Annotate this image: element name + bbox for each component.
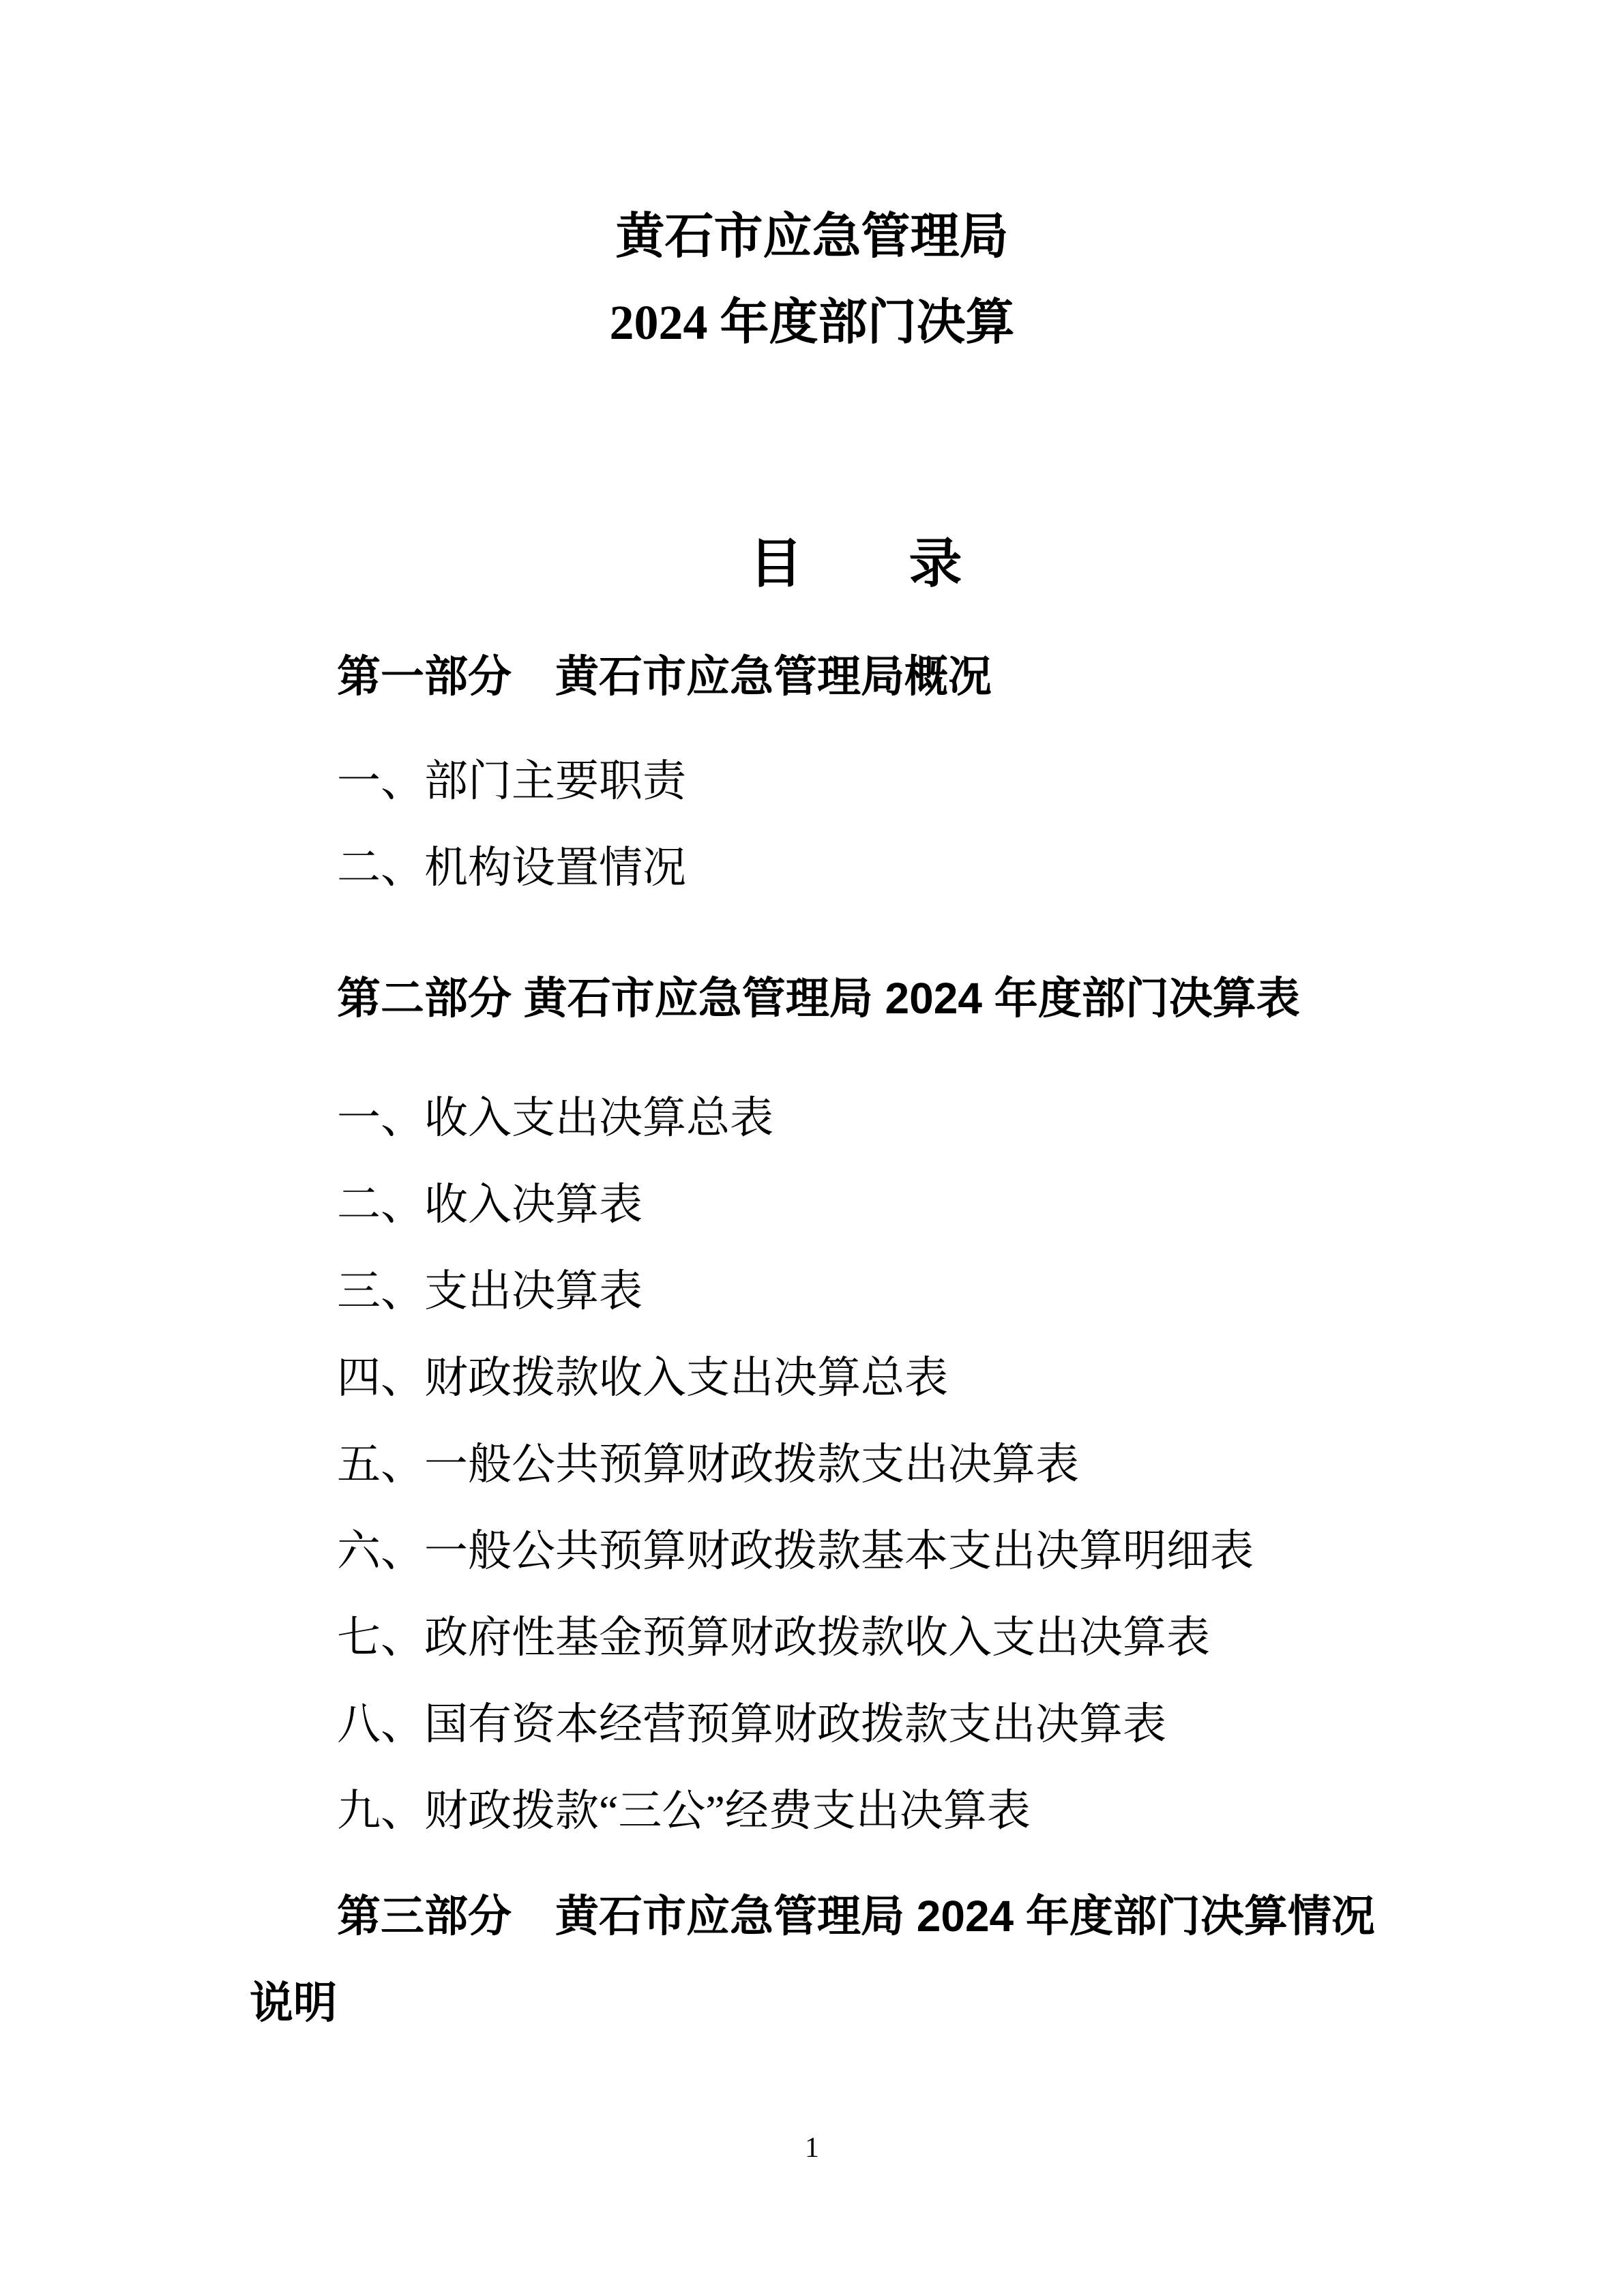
toc-entry-part2-3: 三、支出决算表 [250,1270,1374,1313]
toc-entry-part2-2: 二、收入决算表 [250,1183,1374,1227]
document-title-line1: 黄石市应急管理局 [0,212,1624,261]
document-title-line2: 2024 年度部门决算 [0,298,1624,347]
page-number: 1 [0,2134,1624,2162]
part3-heading-line1: 第三部分 黄石市应急管理局 2024 年度部门决算情况 [250,1894,1374,1938]
toc-entry-part1-2: 二、机构设置情况 [250,846,1374,890]
part3-heading-line2: 说明 [250,1981,1374,2025]
part2-heading: 第二部分 黄石市应急管理局 2024 年度部门决算表 [250,976,1374,1020]
toc-heading: 目 录 [0,537,1624,591]
toc-entry-part2-1: 一、收入支出决算总表 [250,1097,1374,1140]
toc-entry-part2-8: 八、国有资本经营预算财政拨款支出决算表 [250,1703,1374,1746]
toc-entry-part1-1: 一、部门主要职责 [250,760,1374,803]
toc-entry-part2-6: 六、一般公共预算财政拨款基本支出决算明细表 [250,1530,1374,1573]
toc-entry-part2-5: 五、一般公共预算财政拨款支出决算表 [250,1443,1374,1487]
part1-heading: 第一部分 黄石市应急管理局概况 [250,655,1374,698]
document-page: 黄石市应急管理局 2024 年度部门决算 目 录 第一部分 黄石市应急管理局概况… [0,0,1624,2296]
toc-entry-part2-4: 四、财政拨款收入支出决算总表 [250,1356,1374,1400]
toc-entry-part2-7: 七、政府性基金预算财政拨款收入支出决算表 [250,1616,1374,1660]
toc-entry-part2-9: 九、财政拨款“三公”经费支出决算表 [250,1789,1374,1833]
